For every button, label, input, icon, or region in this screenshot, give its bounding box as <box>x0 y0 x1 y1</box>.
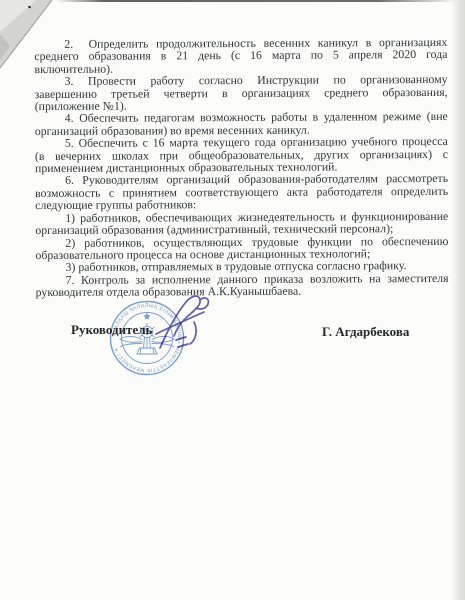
document-line: среднего образования в 21 день (с 16 мар… <box>34 48 447 63</box>
signature-strokes <box>156 296 208 348</box>
document-line: руководителя отдела образования А.К.Куан… <box>36 284 449 299</box>
scanned-page: 2. Определить продолжительность весенних… <box>0 0 465 600</box>
document-text: 2. Определить продолжительность весенних… <box>34 36 448 299</box>
signature-scribble <box>146 292 220 356</box>
right-edge-shadow <box>451 0 465 600</box>
signer-name: Г. Агдарбекова <box>322 324 409 340</box>
page-top-edge <box>56 0 458 2</box>
